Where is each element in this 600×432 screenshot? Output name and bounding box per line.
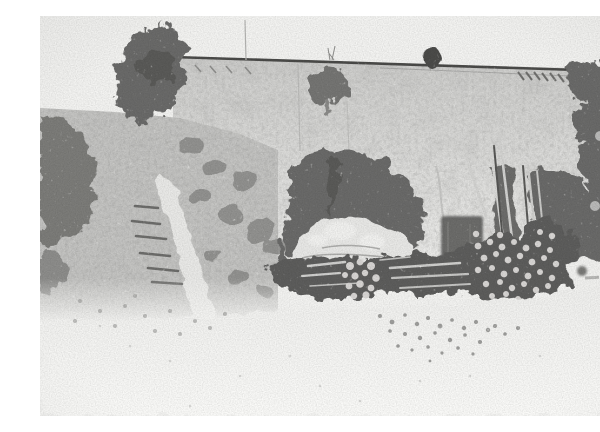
photo-canvas: Grainy black-and-white photograph of a f…	[40, 16, 600, 416]
photograph: Grainy black-and-white photograph of a f…	[40, 16, 600, 416]
vignette	[40, 16, 600, 416]
